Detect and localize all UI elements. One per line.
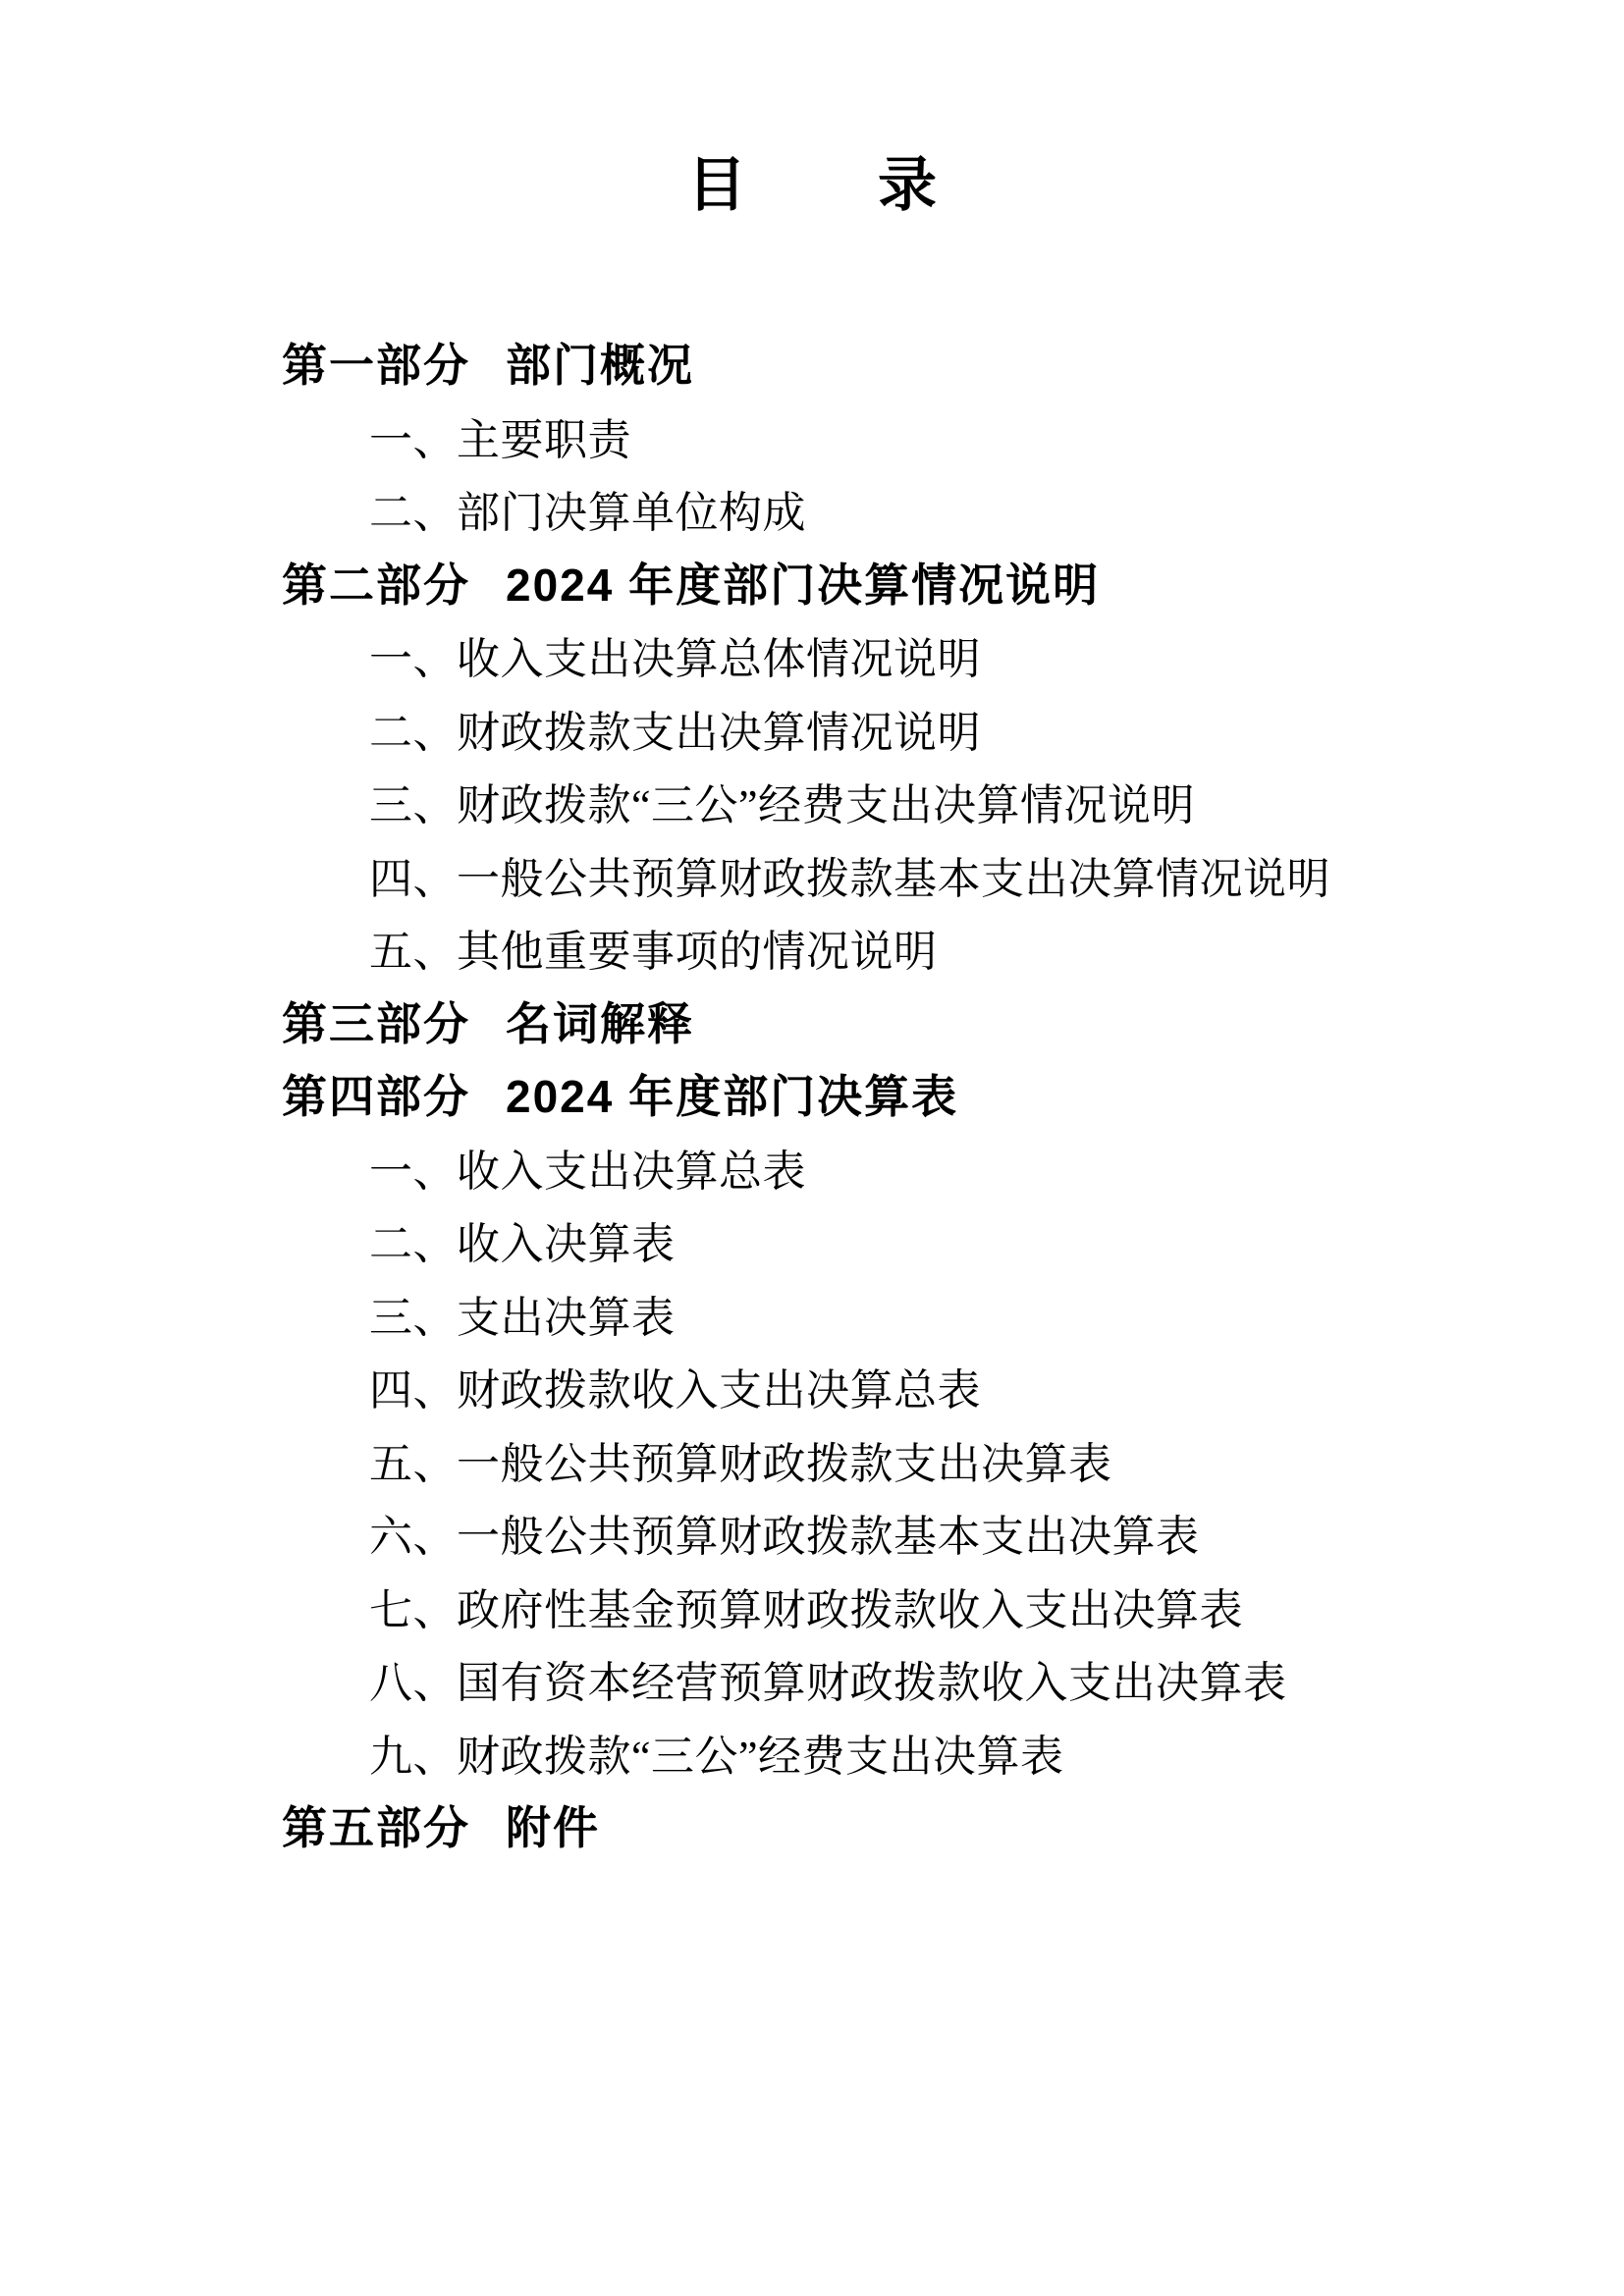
toc-item-text: 二、财政拨款支出决算情况说明 — [369, 697, 981, 760]
toc-item-text: 三、财政拨款“三公”经费支出决算情况说明 — [369, 770, 1195, 832]
toc-item-text: 九、财政拨款“三公”经费支出决算表 — [369, 1721, 1064, 1784]
toc-item-part1-2: 二、部门决算单位构成 — [0, 472, 1624, 546]
table-of-contents: 第一部分 部门概况 一、主要职责 二、部门决算单位构成 第二部分 2024 年度… — [0, 326, 1624, 1862]
toc-item-part2-4: 四、一般公共预算财政拨款基本支出决算情况说明 — [0, 838, 1624, 912]
toc-item-text: 四、一般公共预算财政拨款基本支出决算情况说明 — [369, 843, 1330, 906]
toc-section-part-5: 第五部分 附件 — [0, 1789, 1624, 1862]
toc-item-text: 三、支出决算表 — [369, 1282, 676, 1345]
toc-item-text: 二、部门决算单位构成 — [369, 477, 806, 540]
page-title: 目 录 — [0, 149, 1624, 222]
toc-item-part4-7: 七、政府性基金预算财政拨款收入支出决算表 — [0, 1570, 1624, 1643]
toc-section-part-3: 第三部分 名词解释 — [0, 985, 1624, 1058]
toc-item-text: 六、一般公共预算财政拨款基本支出决算表 — [369, 1501, 1200, 1564]
toc-item-text: 五、其他重要事项的情况说明 — [369, 916, 938, 979]
toc-item-part4-2: 二、收入决算表 — [0, 1203, 1624, 1277]
toc-item-part2-2: 二、财政拨款支出决算情况说明 — [0, 692, 1624, 766]
toc-section-part-2: 第二部分 2024 年度部门决算情况说明 — [0, 546, 1624, 619]
toc-item-part2-3: 三、财政拨款“三公”经费支出决算情况说明 — [0, 765, 1624, 838]
toc-item-part4-9: 九、财政拨款“三公”经费支出决算表 — [0, 1716, 1624, 1789]
toc-item-part4-3: 三、支出决算表 — [0, 1277, 1624, 1351]
toc-item-part4-5: 五、一般公共预算财政拨款支出决算表 — [0, 1423, 1624, 1497]
toc-item-text: 一、收入支出决算总体情况说明 — [369, 623, 981, 686]
toc-item-part4-4: 四、财政拨款收入支出决算总表 — [0, 1350, 1624, 1423]
toc-section-title: 2024 年度部门决算表 — [506, 1061, 958, 1126]
toc-section-title: 附件 — [506, 1792, 600, 1857]
toc-item-text: 一、主要职责 — [369, 404, 631, 467]
toc-item-text: 二、收入决算表 — [369, 1208, 676, 1271]
toc-item-text: 八、国有资本经营预算财政拨款收入支出决算表 — [369, 1647, 1287, 1710]
toc-section-part-1: 第一部分 部门概况 — [0, 326, 1624, 400]
toc-section-part-4: 第四部分 2024 年度部门决算表 — [0, 1057, 1624, 1131]
toc-item-part4-8: 八、国有资本经营预算财政拨款收入支出决算表 — [0, 1642, 1624, 1716]
toc-item-text: 一、收入支出决算总表 — [369, 1136, 806, 1199]
toc-item-part1-1: 一、主要职责 — [0, 400, 1624, 473]
toc-section-label: 第三部分 — [282, 988, 470, 1053]
page-title-char-1: 目 — [687, 149, 746, 222]
toc-item-part2-1: 一、收入支出决算总体情况说明 — [0, 618, 1624, 692]
toc-item-part4-6: 六、一般公共预算财政拨款基本支出决算表 — [0, 1496, 1624, 1570]
toc-section-label: 第二部分 — [282, 550, 470, 614]
page-title-char-2: 录 — [878, 149, 937, 222]
toc-item-text: 七、政府性基金预算财政拨款收入支出决算表 — [369, 1575, 1243, 1637]
toc-section-label: 第五部分 — [282, 1792, 470, 1857]
toc-section-title: 部门概况 — [506, 330, 694, 395]
toc-item-text: 五、一般公共预算财政拨款支出决算表 — [369, 1428, 1112, 1491]
document-page: 目 录 第一部分 部门概况 一、主要职责 二、部门决算单位构成 第二部分 202… — [0, 0, 1624, 2296]
toc-section-label: 第一部分 — [282, 330, 470, 395]
toc-section-label: 第四部分 — [282, 1061, 470, 1126]
toc-item-part4-1: 一、收入支出决算总表 — [0, 1131, 1624, 1204]
toc-item-text: 四、财政拨款收入支出决算总表 — [369, 1355, 981, 1417]
toc-item-part2-5: 五、其他重要事项的情况说明 — [0, 911, 1624, 985]
toc-section-title: 2024 年度部门决算情况说明 — [506, 550, 1100, 614]
toc-section-title: 名词解释 — [506, 988, 694, 1053]
